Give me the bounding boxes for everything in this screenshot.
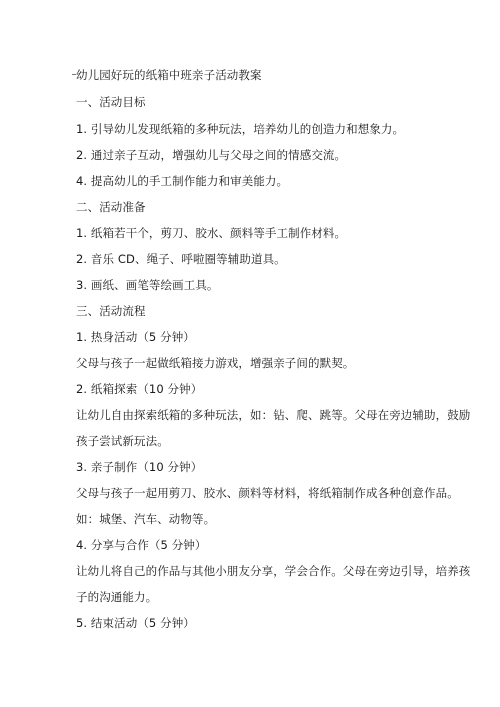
step-body: 让幼儿将自己的作品与其他小朋友分享，学会合作。父母在旁边引导，培养孩 [76,563,470,579]
step-label: 1. 热身活动（5 分钟） [76,329,195,345]
preparation-item: 2. 音乐 CD、绳子、呼啦圈等辅助道具。 [76,251,286,267]
preparation-item: 3. 画纸、画笔等绘画工具。 [76,277,219,293]
step-label: 4. 分享与合作（5 分钟） [76,537,207,553]
step-body: 父母与孩子一起用剪刀、胶水、颜料等材料，将纸箱制作成各种创意作品。 [76,485,459,501]
goal-item: 1. 引导幼儿发现纸箱的多种玩法，培养幼儿的创造力和想象力。 [76,121,404,137]
step-body: 让幼儿自由探索纸箱的多种玩法，如：钻、爬、跳等。父母在旁边辅助，鼓励 [76,407,470,423]
goal-item: 2. 通过亲子互动，增强幼儿与父母之间的情感交流。 [76,147,346,163]
step-body: 父母与孩子一起做纸箱接力游戏，增强亲子间的默契。 [76,355,354,371]
document-title: 幼儿园好玩的纸箱中班亲子活动教案 [76,67,262,83]
step-label: 2. 纸箱探索（10 分钟） [76,381,202,397]
section-heading-process: 三、活动流程 [76,303,146,319]
step-label: 5. 结束活动（5 分钟） [76,615,195,631]
section-heading-preparation: 二、活动准备 [76,199,146,215]
step-body: 如：城堡、汽车、动物等。 [76,511,215,527]
section-heading-goals: 一、活动目标 [76,94,146,110]
step-body: 孩子尝试新玩法。 [76,433,169,449]
step-label: 3. 亲子制作（10 分钟） [76,459,202,475]
preparation-item: 1. 纸箱若干个，剪刀、胶水、颜料等手工制作材料。 [76,225,346,241]
document-page: 幼儿园好玩的纸箱中班亲子活动教案 一、活动目标 1. 引导幼儿发现纸箱的多种玩法… [0,0,500,707]
step-body: 子的沟通能力。 [76,589,157,605]
goal-item: 4. 提高幼儿的手工制作能力和审美能力。 [76,173,288,189]
